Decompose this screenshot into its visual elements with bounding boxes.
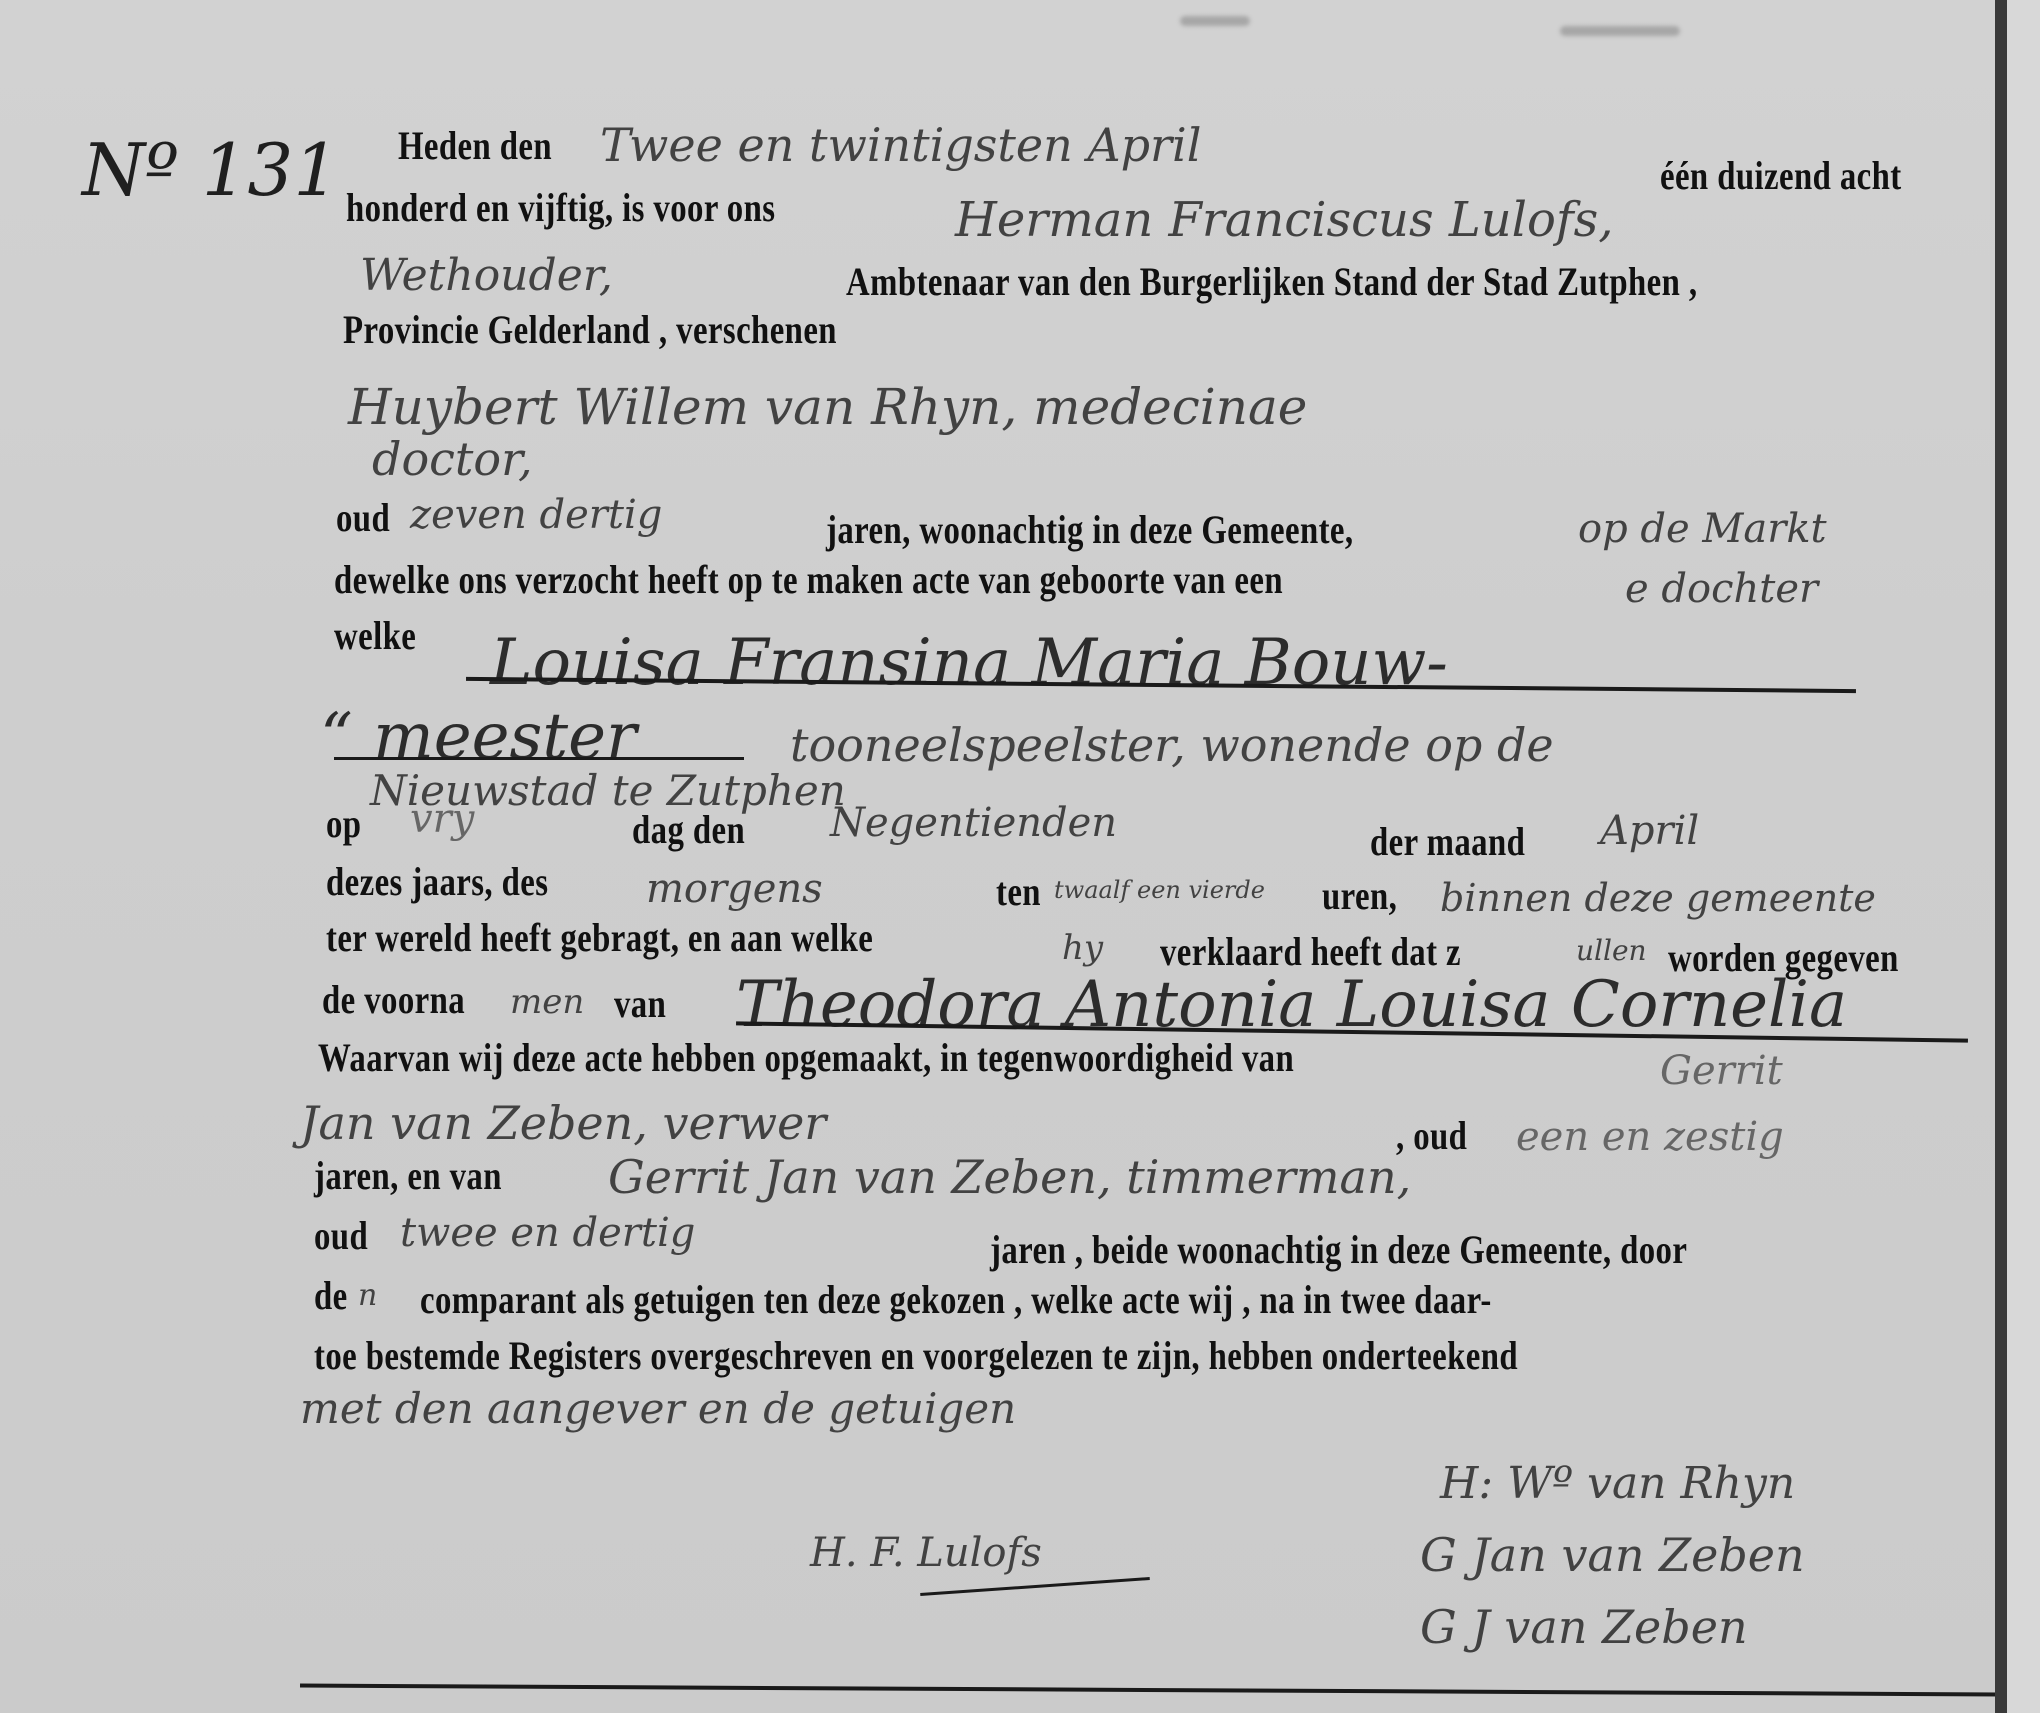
print-heden-den: Heden den	[398, 122, 552, 169]
hand-birth-month: April	[1600, 808, 1699, 854]
print-de-voorna: de voorna	[322, 976, 465, 1023]
print-op: op	[326, 800, 361, 847]
print-beide: jaren , beide woonachtig in deze Gemeent…	[990, 1226, 1687, 1273]
hand-weekday: vry	[410, 796, 474, 842]
print-year-b: honderd en vijftig, is voor ons	[346, 184, 775, 231]
hand-official-title: Wethouder,	[360, 250, 613, 301]
print-ten: ten	[996, 868, 1041, 915]
print-der-maand: der maand	[1370, 818, 1525, 865]
hand-witness1: Jan van Zeben, verwer	[300, 1096, 826, 1150]
print-van: van	[614, 980, 666, 1027]
next-page-margin	[2007, 0, 2040, 1713]
print-comparant: comparant als getuigen ten deze gekozen …	[420, 1276, 1492, 1323]
register-page: Nº 131 Heden den Twee en twintigsten Apr…	[0, 0, 1995, 1713]
hand-closing: met den aangever en de getuigen	[300, 1384, 1016, 1433]
signature-declarant: H: Wº van Rhyn	[1440, 1458, 1795, 1509]
hand-time-of-day: morgens	[646, 866, 823, 912]
print-oud-3: oud	[314, 1212, 368, 1259]
hand-birth-date: Negentienden	[830, 800, 1117, 846]
print-dezes-jaars: dezes jaars, des	[326, 858, 548, 905]
page-edge	[1995, 0, 2007, 1713]
print-year-a: één duizend acht	[1660, 152, 1902, 199]
hand-witness2: Gerrit Jan van Zeben, timmerman,	[608, 1150, 1411, 1204]
print-toe-bestemde: toe bestemde Registers overgeschreven en…	[314, 1332, 1518, 1379]
hand-zullen: ullen	[1576, 934, 1647, 967]
hand-witness1-first: Gerrit	[1660, 1048, 1783, 1094]
hand-child-sex: e dochter	[1625, 566, 1818, 612]
hand-witness2-age: twee en dertig	[400, 1210, 695, 1256]
record-number: Nº 131	[82, 128, 339, 212]
hand-address: op de Markt	[1578, 506, 1827, 552]
print-provincie: Provincie Gelderland , verschenen	[343, 306, 837, 353]
signature-witness1: G Jan van Zeben	[1420, 1528, 1805, 1582]
hand-mother-name: Louisa Fransina Maria Bouw-	[490, 626, 1448, 700]
hand-mother-profession: tooneelspeelster, wonende op de	[790, 718, 1554, 772]
hand-official-name: Herman Franciscus Lulofs,	[955, 192, 1614, 248]
hand-date: Twee en twintigsten April	[600, 118, 1201, 172]
hand-mother-surname: “ meester	[320, 700, 637, 774]
hand-birth-place: binnen deze gemeente	[1440, 876, 1876, 920]
print-jaren-en-van: jaren, en van	[314, 1152, 502, 1199]
record-separator	[300, 1684, 2000, 1697]
print-de: de	[314, 1272, 348, 1319]
print-woonachtig: jaren, woonachtig in deze Gemeente,	[826, 506, 1354, 553]
hand-witness1-age: een en zestig	[1516, 1114, 1784, 1160]
hand-hour: twaalf een vierde	[1054, 876, 1265, 904]
print-welke: welke	[334, 612, 416, 659]
ink-smudge	[1560, 26, 1680, 36]
hand-n: n	[358, 1278, 377, 1313]
print-ambtenaar: Ambtenaar van den Burgerlijken Stand der…	[846, 258, 1698, 305]
print-uren: uren,	[1322, 872, 1397, 919]
signature-witness2: G J van Zeben	[1420, 1600, 1748, 1654]
signature-official: H. F. Lulofs	[810, 1530, 1042, 1576]
hand-hy: hy	[1062, 928, 1103, 968]
hand-declarant: Huybert Willem van Rhyn, medecinae	[348, 378, 1307, 436]
print-oud: oud	[336, 494, 390, 541]
print-ter-wereld: ter wereld heeft gebragt, en aan welke	[326, 914, 873, 961]
ink-smudge	[1180, 16, 1250, 26]
hand-declarant-age: zeven dertig	[410, 492, 662, 538]
signature-flourish	[920, 1577, 1150, 1596]
underline-surname	[334, 757, 744, 760]
hand-men: men	[510, 982, 584, 1022]
print-dag-den: dag den	[632, 806, 745, 853]
hand-declarant-profession: doctor,	[372, 432, 533, 486]
print-dewelke: dewelke ons verzocht heeft op te maken a…	[334, 556, 1283, 603]
print-waarvan: Waarvan wij deze acte hebben opgemaakt, …	[318, 1034, 1294, 1081]
